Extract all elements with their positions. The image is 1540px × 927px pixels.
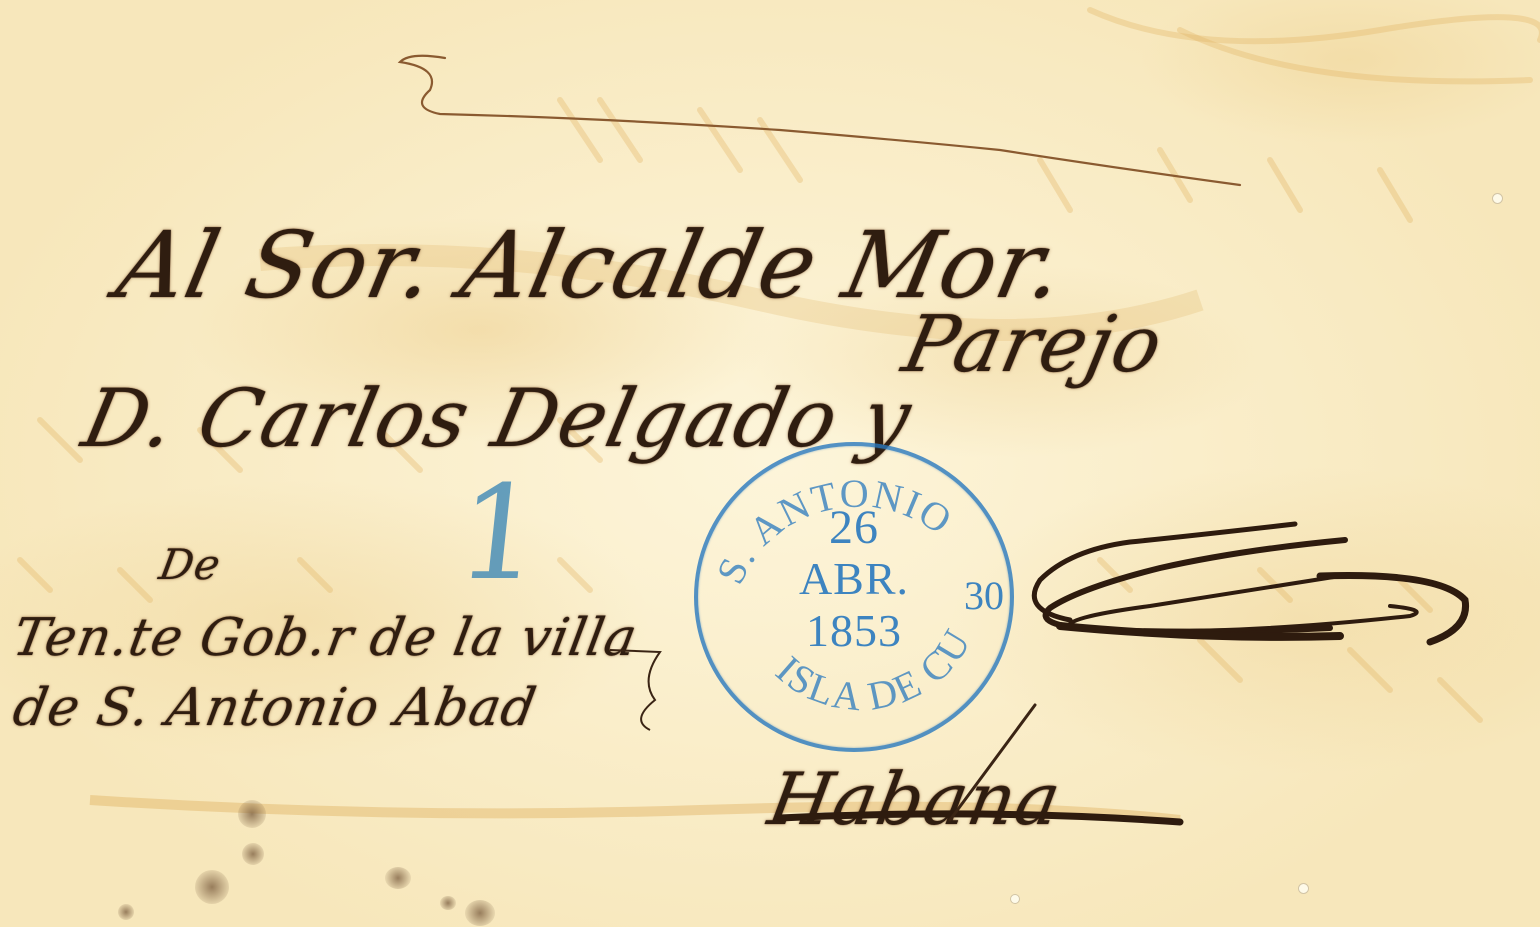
- pin-hole: [1298, 883, 1309, 894]
- address-line-2-continuation: Parejo: [895, 300, 1170, 390]
- foxing-spot: [385, 867, 411, 889]
- sender-bracket: [600, 640, 690, 750]
- pin-hole: [1010, 894, 1020, 904]
- pin-hole: [1492, 193, 1503, 204]
- paraph-flourish: [1010, 510, 1490, 670]
- postmark-day: 26: [694, 500, 1014, 555]
- sender-label: De: [156, 540, 225, 589]
- destination-underline: [780, 700, 1200, 830]
- postmark-side-number: 30: [964, 572, 1004, 619]
- sender-line-2: de S. Antonio Abad: [9, 678, 541, 738]
- foxing-spot: [195, 870, 229, 904]
- postal-cover: Al Sor. Alcalde Mor. Parejo D. Carlos De…: [0, 0, 1540, 927]
- foxing-spot: [238, 800, 266, 828]
- sender-line-1: Ten.te Gob.r de la villa: [9, 608, 642, 668]
- manuscript-rate-mark: 1: [451, 468, 547, 598]
- foxing-spot: [465, 900, 495, 926]
- foxing-spot: [118, 904, 134, 920]
- foxing-spot: [242, 843, 264, 865]
- foxing-spot: [440, 896, 456, 910]
